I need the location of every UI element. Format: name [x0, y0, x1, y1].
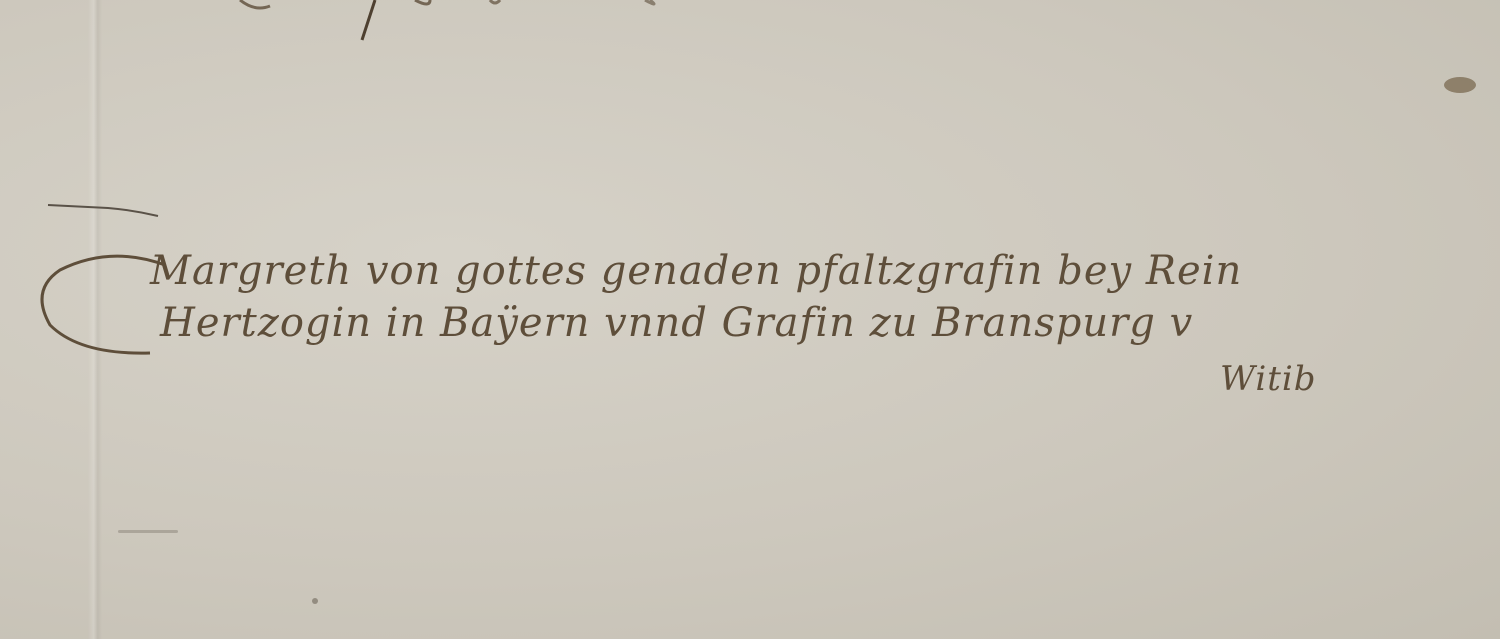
paper-fiber — [118, 530, 178, 533]
handwritten-text-block: Margreth von gottes genaden pfaltzgrafin… — [150, 245, 1390, 349]
ink-stain — [1444, 77, 1476, 93]
text-line-2: Hertzogin in Baÿern vnnd Grafin zu Brans… — [150, 297, 1390, 349]
upper-line-fragments — [0, 0, 1500, 50]
text-line-1: Margreth von gottes genaden pfaltzgrafin… — [150, 245, 1390, 297]
text-line-3: Witib — [1220, 353, 1317, 405]
paper-crease — [38, 200, 168, 220]
paper-speck — [312, 598, 318, 604]
document-page: Margreth von gottes genaden pfaltzgrafin… — [0, 0, 1500, 639]
